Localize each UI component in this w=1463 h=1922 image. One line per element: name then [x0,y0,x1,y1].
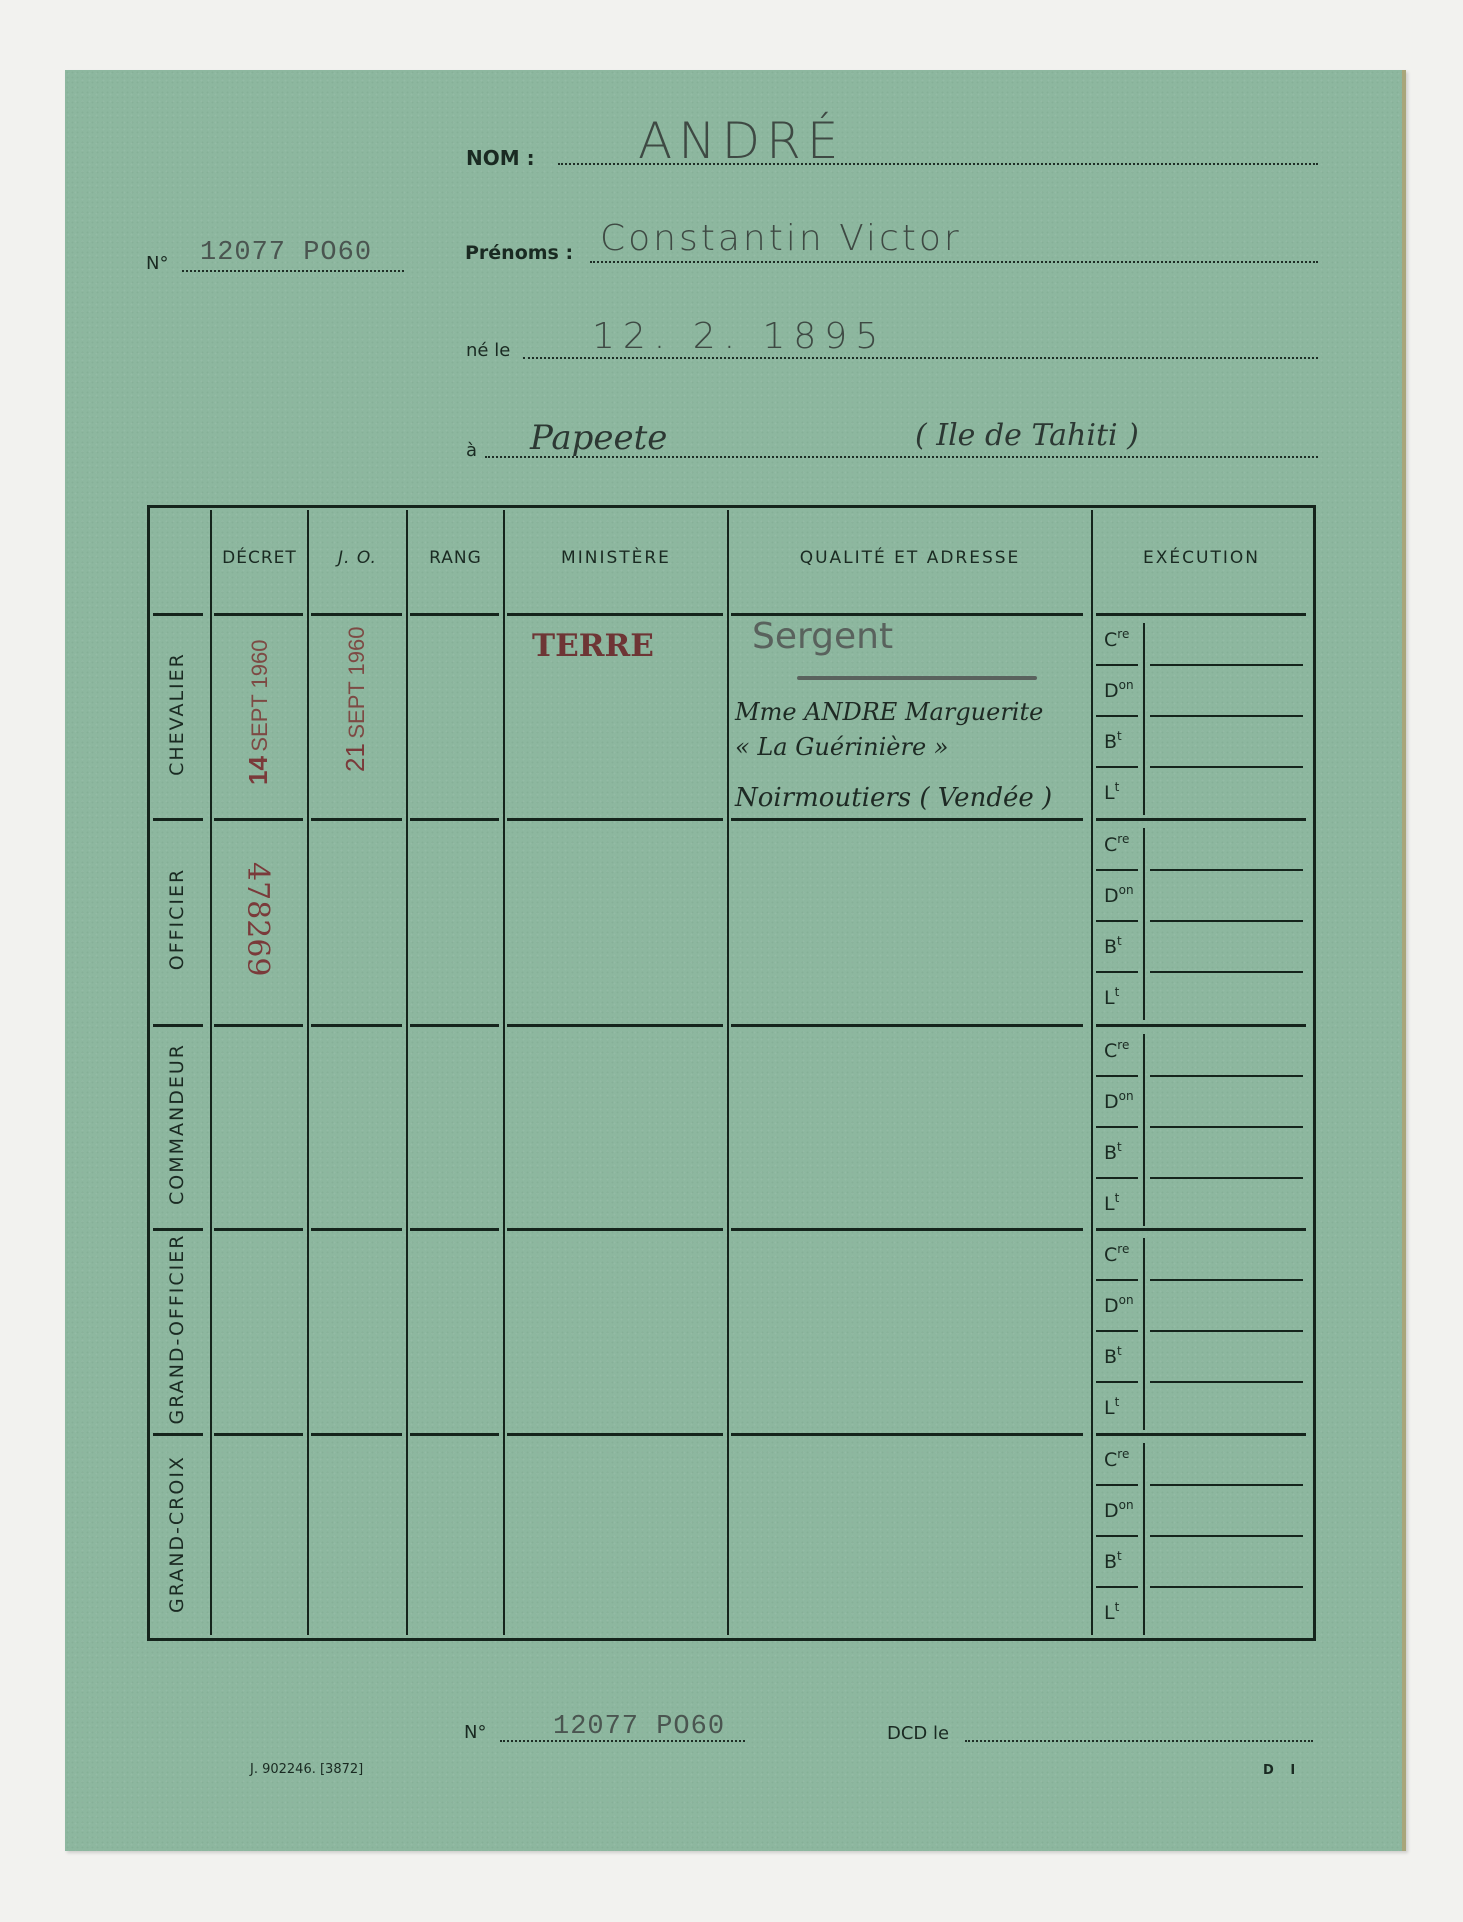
execution-entry-field[interactable] [1150,668,1303,712]
execution-label-l: Lt [1104,780,1119,804]
execution-label-main: D [1104,680,1119,702]
execution-label-divider [1096,920,1138,922]
execution-label-b: Bt [1104,1140,1122,1164]
birthplace-region: ( Ile de Tahiti ) [915,418,1139,453]
execution-entry-line [1150,1484,1303,1486]
execution-label-main: D [1104,1295,1119,1317]
row-divider [214,1228,303,1231]
execution-label-main: B [1104,1142,1117,1164]
execution-entry-field[interactable] [1150,873,1303,917]
execution-entry-field[interactable] [1150,1590,1303,1634]
form-code: D I [1263,1763,1301,1778]
execution-entry-line [1150,971,1303,973]
execution-label-divider [1096,1381,1138,1383]
prenoms-value: Constantin Victor [600,218,962,259]
col-header-execution: EXÉCUTION [1093,548,1310,568]
row-divider [1096,613,1306,616]
execution-label-sup: t [1117,1344,1122,1358]
execution-label-main: C [1104,1449,1117,1471]
dcd-field-line [965,1740,1313,1742]
row-divider [731,1433,1083,1436]
execution-entry-field[interactable] [1150,1130,1303,1174]
ne-le-field-line [523,357,1318,359]
execution-label-d: Don [1104,1293,1134,1317]
execution-entry-field[interactable] [1150,719,1303,763]
row-divider [507,1024,723,1027]
adresse-line-1: Mme ANDRE Marguerite [735,698,1043,726]
jo-month-year: SEPT 1960 [344,627,369,739]
dcd-label: DCD le [887,1723,949,1744]
execution-entry-field[interactable] [1150,1232,1303,1276]
execution-label-sup: re [1117,1242,1129,1256]
ne-le-value: 12. 2. 1895 [592,316,886,357]
execution-subdivider [1143,1238,1145,1430]
col-divider [503,510,505,1635]
row-divider [311,818,402,821]
execution-label-divider [1096,1535,1138,1537]
row-divider [214,1433,303,1436]
numero-value: 12077 PO60 [200,238,372,268]
execution-label-main: B [1104,1346,1117,1368]
execution-label-sup: re [1117,832,1129,846]
execution-entry-line [1150,1075,1303,1077]
execution-label-l: Lt [1104,1600,1119,1624]
execution-entry-line [1150,920,1303,922]
execution-label-main: C [1104,1040,1117,1062]
execution-entry-field[interactable] [1150,1334,1303,1378]
row-divider [410,818,499,821]
execution-entry-field[interactable] [1150,1181,1303,1225]
decret-month-year: SEPT 1960 [247,640,272,752]
officier-decret-stamp: 478269 [241,862,275,972]
row-divider [731,818,1083,821]
row-label-commandeur: COMMANDEUR [166,1024,188,1224]
col-header-jo: J. O. [309,548,406,568]
execution-label-sup: on [1119,1293,1134,1307]
jo-day: 21 [340,743,370,772]
col-header-rang: RANG [408,548,503,568]
execution-label-sup: t [1115,985,1120,999]
row-divider [507,818,723,821]
execution-subdivider [1143,1034,1145,1226]
execution-entry-field[interactable] [1150,1079,1303,1123]
execution-entry-line [1150,1279,1303,1281]
decret-date-stamp: 14 SEPT 1960 [243,645,273,785]
execution-label-c: Cre [1104,1242,1129,1266]
execution-label-sup: t [1117,729,1122,743]
execution-label-divider [1096,766,1138,768]
numero-field-line [182,270,404,272]
execution-entry-field[interactable] [1150,1488,1303,1532]
execution-label-sup: re [1117,627,1129,641]
execution-label-sup: t [1117,934,1122,948]
execution-label-divider [1096,1126,1138,1128]
execution-label-sup: t [1115,1395,1120,1409]
col-divider [307,510,309,1635]
execution-entry-line [1150,1535,1303,1537]
row-divider [507,1433,723,1436]
row-label-grand-croix: GRAND-CROIX [166,1434,188,1634]
row-divider [731,1228,1083,1231]
execution-label-main: L [1104,782,1115,804]
execution-label-divider [1096,1484,1138,1486]
birthplace-city: Papeete [530,418,667,458]
execution-label-sup: re [1117,1447,1129,1461]
execution-entry-field[interactable] [1150,617,1303,661]
execution-label-c: Cre [1104,627,1129,651]
row-divider [214,613,303,616]
row-divider [311,613,402,616]
row-divider [731,1024,1083,1027]
execution-label-main: C [1104,1244,1117,1266]
print-reference: J. 902246. [3872] [250,1762,363,1777]
execution-entry-field[interactable] [1150,1437,1303,1481]
execution-label-main: B [1104,1551,1117,1573]
prenoms-label: Prénoms : [465,242,573,264]
execution-label-b: Bt [1104,934,1122,958]
row-divider [410,1024,499,1027]
execution-entry-field[interactable] [1150,1385,1303,1429]
row-divider [507,613,723,616]
execution-entry-field[interactable] [1150,1028,1303,1072]
execution-label-c: Cre [1104,1447,1129,1471]
row-divider [410,1228,499,1231]
col-divider [1091,510,1093,1635]
execution-entry-line [1150,664,1303,666]
numero-label: N° [146,253,168,274]
col-divider [210,510,212,1635]
execution-entry-field[interactable] [1150,1539,1303,1583]
row-divider [311,1433,402,1436]
adresse-line-2: « La Guérinière » [735,733,949,761]
execution-label-divider [1096,971,1138,973]
row-divider [507,1228,723,1231]
execution-label-d: Don [1104,883,1134,907]
execution-label-main: C [1104,834,1117,856]
execution-subdivider [1143,828,1145,1020]
execution-label-sup: on [1119,1498,1134,1512]
col-header-qualite-adresse: QUALITÉ ET ADRESSE [729,548,1091,568]
execution-label-sup: on [1119,678,1134,692]
execution-label-sup: t [1115,1600,1120,1614]
execution-label-sup: t [1117,1549,1122,1563]
row-divider [1096,1228,1306,1231]
qualite-underline [797,676,1037,680]
execution-label-sup: on [1119,883,1134,897]
execution-label-sup: t [1117,1140,1122,1154]
footer-numero-value: 12077 PO60 [553,1712,725,1742]
execution-entry-line [1150,1586,1303,1588]
execution-label-l: Lt [1104,1395,1119,1419]
col-divider [727,510,729,1635]
execution-label-b: Bt [1104,1344,1122,1368]
execution-label-c: Cre [1104,1038,1129,1062]
execution-entry-line [1150,1126,1303,1128]
execution-entry-field[interactable] [1150,924,1303,968]
execution-label-sup: t [1115,1191,1120,1205]
row-divider [311,1024,402,1027]
execution-entry-line [1150,715,1303,717]
execution-label-c: Cre [1104,832,1129,856]
execution-label-main: L [1104,1193,1115,1215]
execution-label-divider [1096,869,1138,871]
execution-label-divider [1096,715,1138,717]
decoration-table [147,505,1316,1641]
execution-label-sup: on [1119,1089,1134,1103]
adresse-line-3: Noirmoutiers ( Vendée ) [735,783,1052,813]
execution-entry-line [1150,1381,1303,1383]
ministere-stamp: TERRE [532,628,654,664]
execution-label-b: Bt [1104,1549,1122,1573]
execution-entry-field[interactable] [1150,1283,1303,1327]
execution-label-main: B [1104,731,1117,753]
execution-label-d: Don [1104,1089,1134,1113]
execution-label-l: Lt [1104,985,1119,1009]
a-label: à [466,440,477,461]
execution-label-l: Lt [1104,1191,1119,1215]
footer-numero-label: N° [464,1722,486,1743]
execution-entry-line [1150,766,1303,768]
row-label-grand-officier: GRAND-OFFICIER [166,1229,188,1429]
execution-entry-line [1150,869,1303,871]
execution-entry-field[interactable] [1150,822,1303,866]
execution-subdivider [1143,1443,1145,1635]
execution-label-sup: t [1115,780,1120,794]
nom-label: NOM : [466,146,535,170]
row-divider [410,1433,499,1436]
decret-day: 14 [243,756,273,785]
execution-label-divider [1096,1279,1138,1281]
execution-label-divider [1096,1586,1138,1588]
col-header-ministere: MINISTÈRE [505,548,727,568]
row-divider [1096,818,1306,821]
col-header-decret: DÉCRET [212,548,307,568]
execution-label-main: D [1104,1500,1119,1522]
execution-entry-field[interactable] [1150,975,1303,1019]
execution-entry-line [1150,1330,1303,1332]
row-label-chevalier: CHEVALIER [166,614,188,814]
row-divider [214,1024,303,1027]
execution-label-main: B [1104,936,1117,958]
prenoms-field-line [590,261,1318,263]
row-label-officier: OFFICIER [166,819,188,1019]
execution-label-main: D [1104,1091,1119,1113]
execution-label-sup: re [1117,1038,1129,1052]
execution-label-main: L [1104,1602,1115,1624]
row-divider [1096,1024,1306,1027]
execution-label-main: L [1104,1397,1115,1419]
jo-date-stamp: 21 SEPT 1960 [340,632,370,772]
execution-label-main: C [1104,629,1117,651]
row-divider [311,1228,402,1231]
row-divider [410,613,499,616]
execution-entry-line [1150,1177,1303,1179]
execution-label-divider [1096,1075,1138,1077]
execution-label-main: D [1104,885,1119,907]
execution-label-main: L [1104,987,1115,1009]
col-divider [406,510,408,1635]
execution-label-b: Bt [1104,729,1122,753]
execution-entry-field[interactable] [1150,770,1303,814]
ne-le-label: né le [466,340,510,361]
row-divider [214,818,303,821]
execution-label-divider [1096,664,1138,666]
execution-subdivider [1143,623,1145,815]
qualite-value: Sergent [752,616,893,657]
execution-label-d: Don [1104,1498,1134,1522]
execution-label-d: Don [1104,678,1134,702]
execution-label-divider [1096,1330,1138,1332]
row-divider [1096,1433,1306,1436]
nom-value: ANDRÉ [638,112,844,170]
execution-label-divider [1096,1177,1138,1179]
